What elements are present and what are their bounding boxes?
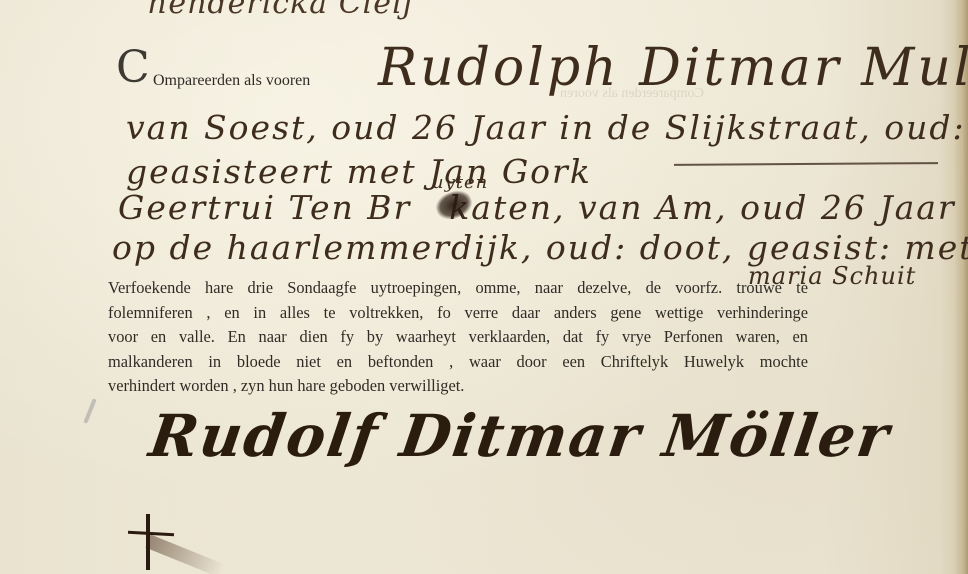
printed-line-5: verhindert worden , zyn hun hare geboden… xyxy=(108,374,808,399)
groom-name: Rudolph Ditmar Mulder xyxy=(378,38,968,98)
printed-body: Verfoekende hare drie Sondaagfe uytroepi… xyxy=(108,276,808,399)
printed-line-1: Verfoekende hare drie Sondaagfe uytroepi… xyxy=(108,276,808,301)
ink-smear xyxy=(145,535,224,574)
pencil-mark xyxy=(83,398,96,424)
printed-line-2: folemniferen , en in alles te voltrekken… xyxy=(108,301,808,326)
printed-drop-cap: C xyxy=(116,46,150,90)
signature: Rudolf Ditmar Möller xyxy=(145,402,895,470)
handwritten-line-3: Geertrui Ten Brkaten, van Am, oud 26 Jaa… xyxy=(118,188,956,227)
cross-vertical-stroke xyxy=(146,514,150,570)
handwritten-top-fragment: hendericka Cleij xyxy=(148,0,413,21)
document-page: Compareerden als vooren hendericka Cleij… xyxy=(0,0,968,574)
printed-line-4: malkanderen in bloede niet en beftonden … xyxy=(108,350,808,375)
bride-name-part-2: katen, van Am, oud 26 Jaar xyxy=(449,188,955,227)
printed-line-3: voor en valle. En naar dien fy by waarhe… xyxy=(108,325,808,350)
handwritten-line-2: geasisteert met Jan Gork xyxy=(126,152,592,191)
handwritten-line-1: van Soest, oud 26 Jaar in de Slijkstraat… xyxy=(126,108,968,147)
ruled-line xyxy=(674,162,938,166)
bride-name-part-1: Geertrui Ten Br xyxy=(118,188,411,227)
cross-mark-icon xyxy=(128,514,188,574)
printed-opening: Ompareerden als vooren xyxy=(153,72,310,90)
